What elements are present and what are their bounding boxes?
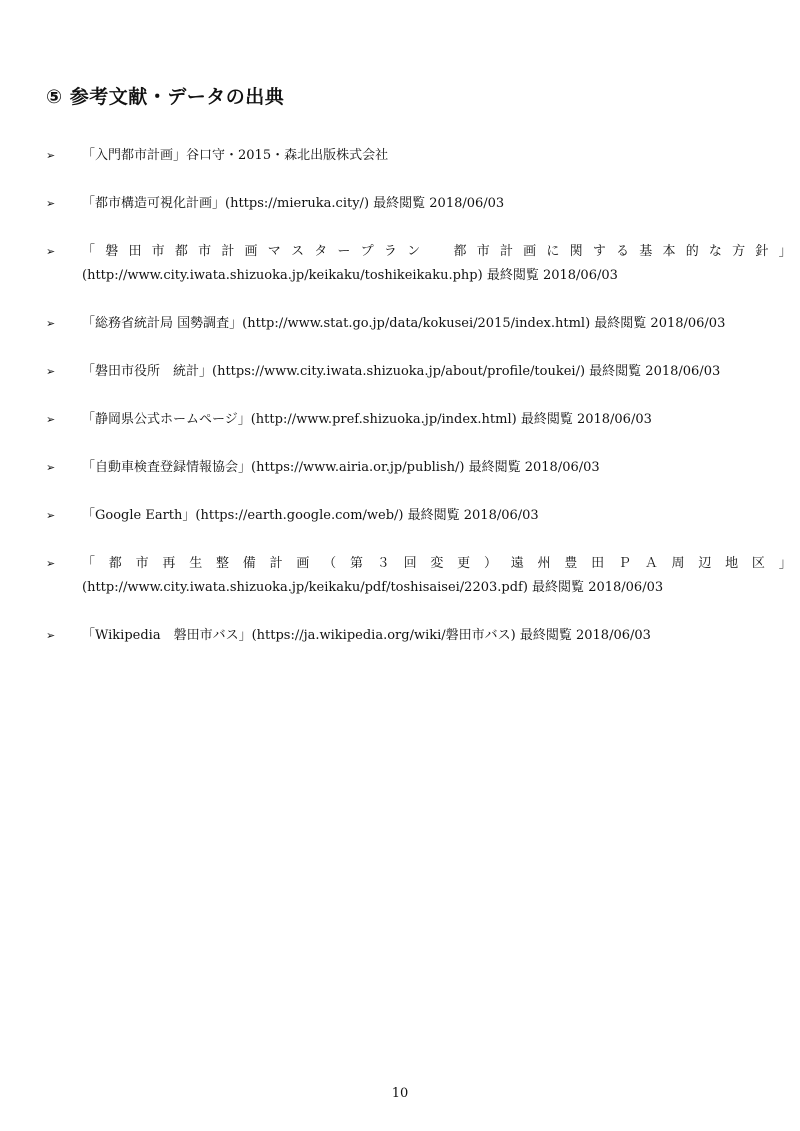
reference-item: ➢「入門都市計画」谷口守・2015・森北出版株式会社	[46, 144, 792, 168]
reference-item: ➢「磐田市都市計画マスタープラン 都市計画に関する基本的な方針」(http://…	[46, 240, 792, 288]
arrow-bullet-icon: ➢	[46, 192, 55, 216]
arrow-bullet-icon: ➢	[46, 456, 55, 480]
arrow-bullet-icon: ➢	[46, 144, 55, 168]
reference-text-line: 「Google Earth」(https://earth.google.com/…	[82, 504, 792, 528]
reference-text-line: (http://www.city.iwata.shizuoka.jp/keika…	[82, 576, 792, 600]
reference-item: ➢「都市構造可視化計画」(https://mieruka.city/) 最終閲覧…	[46, 192, 792, 216]
arrow-bullet-icon: ➢	[46, 312, 55, 336]
reference-text-line: 「静岡県公式ホームページ」(http://www.pref.shizuoka.j…	[82, 408, 792, 432]
arrow-bullet-icon: ➢	[46, 504, 55, 528]
reference-text-line: 「入門都市計画」谷口守・2015・森北出版株式会社	[82, 144, 792, 168]
section-heading: ⑤ 参考文献・データの出典	[46, 82, 284, 109]
arrow-bullet-icon: ➢	[46, 360, 55, 384]
reference-text-line: 「都市再生整備計画（第３回変更）遠州豊田ＰＡ周辺地区」	[82, 552, 792, 576]
arrow-bullet-icon: ➢	[46, 624, 55, 648]
reference-text-line: 「都市構造可視化計画」(https://mieruka.city/) 最終閲覧 …	[82, 192, 792, 216]
reference-item: ➢「総務省統計局 国勢調査」(http://www.stat.go.jp/dat…	[46, 312, 792, 336]
arrow-bullet-icon: ➢	[46, 552, 55, 576]
reference-text-line: 「総務省統計局 国勢調査」(http://www.stat.go.jp/data…	[82, 312, 792, 336]
reference-item: ➢「静岡県公式ホームページ」(http://www.pref.shizuoka.…	[46, 408, 792, 432]
page-number: 10	[0, 1086, 800, 1101]
reference-text-line: 「磐田市役所 統計」(https://www.city.iwata.shizuo…	[82, 360, 792, 384]
arrow-bullet-icon: ➢	[46, 240, 55, 264]
reference-text-line: 「磐田市都市計画マスタープラン 都市計画に関する基本的な方針」	[82, 240, 792, 264]
reference-item: ➢「都市再生整備計画（第３回変更）遠州豊田ＰＡ周辺地区」(http://www.…	[46, 552, 792, 600]
arrow-bullet-icon: ➢	[46, 408, 55, 432]
reference-item: ➢「自動車検査登録情報協会」(https://www.airia.or.jp/p…	[46, 456, 792, 480]
reference-item: ➢「Google Earth」(https://earth.google.com…	[46, 504, 792, 528]
reference-item: ➢「磐田市役所 統計」(https://www.city.iwata.shizu…	[46, 360, 792, 384]
reference-item: ➢「Wikipedia 磐田市バス」(https://ja.wikipedia.…	[46, 624, 792, 648]
reference-text-line: 「Wikipedia 磐田市バス」(https://ja.wikipedia.o…	[82, 624, 792, 648]
reference-text-line: 「自動車検査登録情報協会」(https://www.airia.or.jp/pu…	[82, 456, 792, 480]
reference-text-line: (http://www.city.iwata.shizuoka.jp/keika…	[82, 264, 792, 288]
